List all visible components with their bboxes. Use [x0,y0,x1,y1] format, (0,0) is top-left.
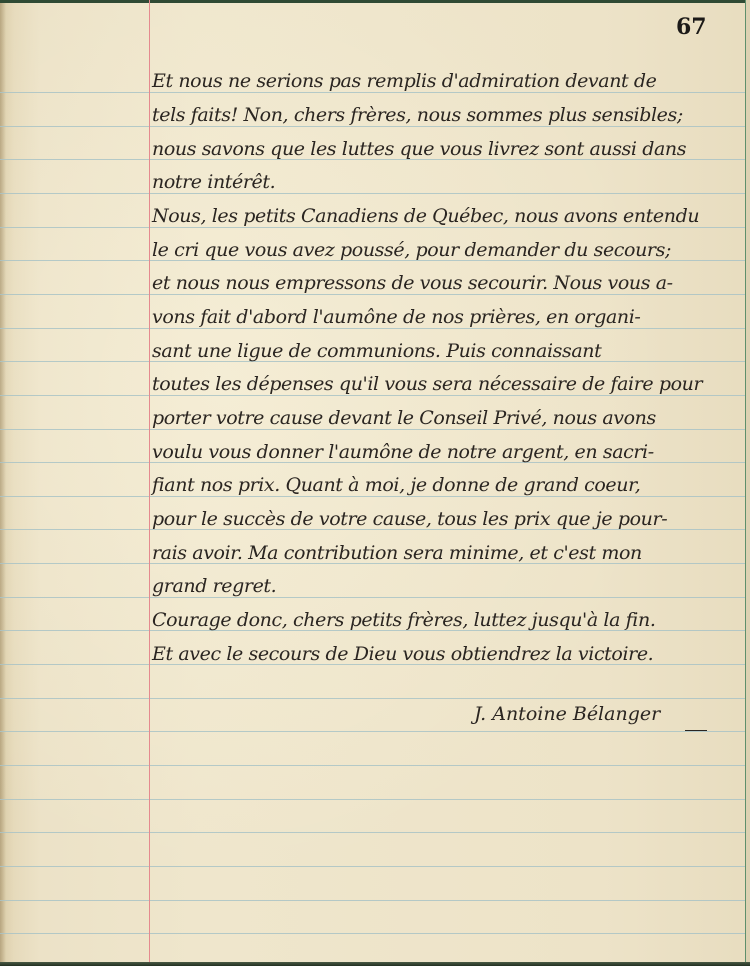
ruled-line [0,395,745,396]
text-line: fiant nos prix. Quant à moi, je donne de… [152,474,640,496]
ruled-line [0,126,745,127]
ruled-line [0,227,745,228]
page-top-edge [0,0,750,3]
ruled-line [0,900,745,901]
text-line: sant une ligue de communions. Puis conna… [152,340,601,362]
text-line: Et avec le secours de Dieu vous obtiendr… [152,643,653,665]
red-margin-line [149,0,150,966]
ruled-line [0,933,745,934]
ruled-line [0,328,745,329]
ruled-line [0,597,745,598]
ruled-line [0,496,745,497]
ruled-line [0,294,745,295]
text-line: et nous nous empressons de vous secourir… [152,272,673,294]
text-line: grand regret. [152,575,276,597]
ruled-line [0,866,745,867]
text-line: Et nous ne serions pas remplis d'admirat… [152,70,657,92]
ruled-line [0,799,745,800]
text-line: toutes les dépenses qu'il vous sera néce… [152,373,702,395]
ruled-line [0,92,745,93]
text-line: vons fait d'abord l'aumône de nos prière… [152,306,640,328]
text-line: porter votre cause devant le Conseil Pri… [152,407,656,429]
signature-underline [685,730,707,731]
notebook-page: 67 Et nous ne serions pas remplis d'admi… [0,0,750,966]
page-number: 67 [676,14,707,40]
signature: J. Antoine Bélanger [474,703,660,725]
text-line: pour le succès de votre cause, tous les … [152,508,667,530]
text-line: nous savons que les luttes que vous livr… [152,138,686,160]
text-line: Courage donc, chers petits frères, lutte… [152,609,655,631]
text-line: notre intérêt. [152,171,275,193]
ruled-line [0,765,745,766]
ruled-line [0,832,745,833]
page-bottom-edge [0,962,750,966]
text-line: rais avoir. Ma contribution sera minime,… [152,542,642,564]
text-line: Nous, les petits Canadiens de Québec, no… [152,205,699,227]
binding-shadow [0,0,6,966]
text-line: le cri que vous avez poussé, pour demand… [152,239,671,261]
ruled-line [0,193,745,194]
ruled-line [0,698,745,699]
text-line: voulu vous donner l'aumône de notre arge… [152,441,654,463]
right-margin-rule [745,0,746,966]
ruled-line [0,429,745,430]
ruled-line [0,731,745,732]
text-line: tels faits! Non, chers frères, nous somm… [152,104,683,126]
